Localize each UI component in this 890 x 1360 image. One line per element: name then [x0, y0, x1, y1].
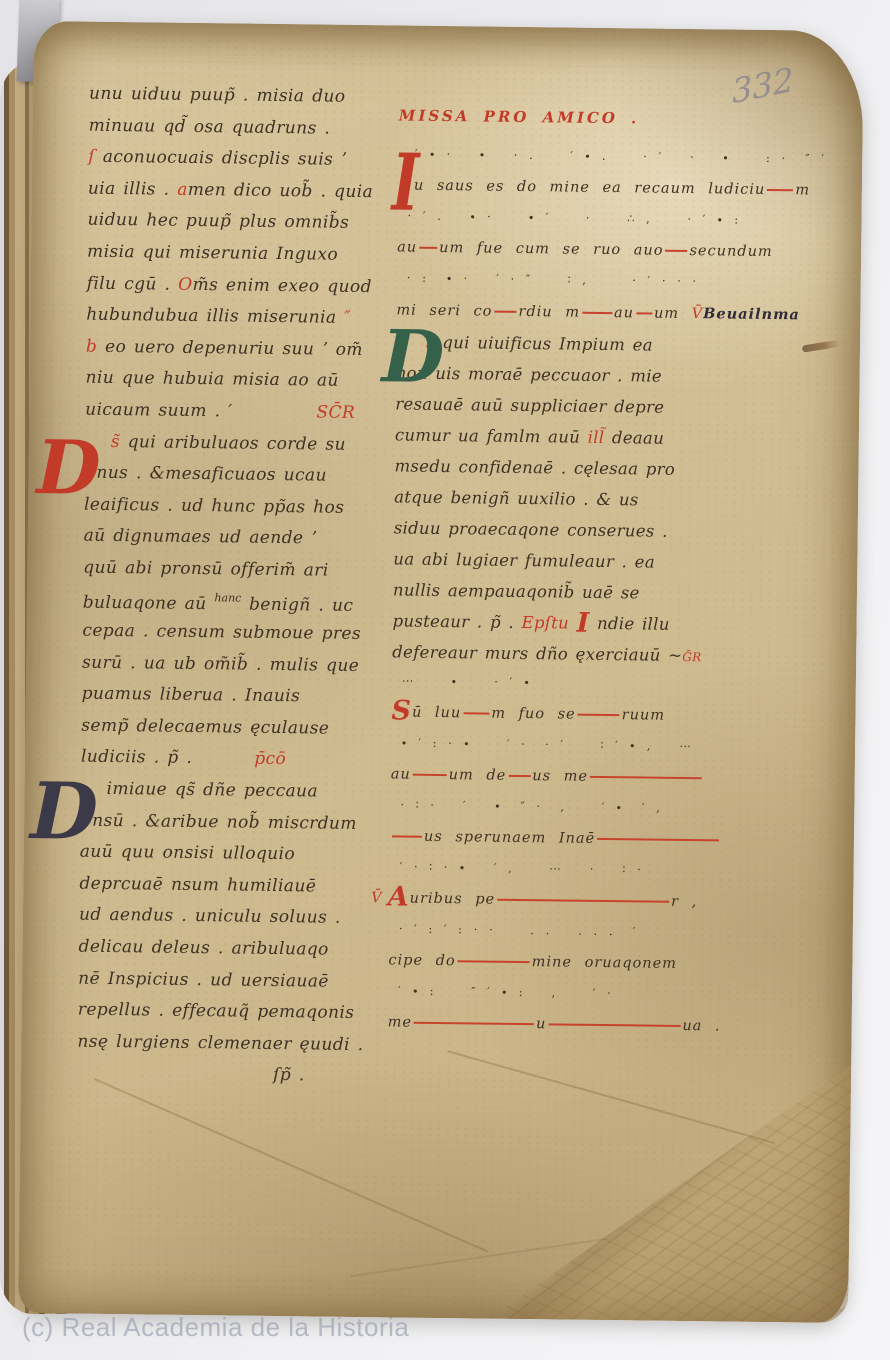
- text-segment: cepaa . censum submoue pres: [82, 621, 361, 644]
- text-segment: ludiciis . p̃ .: [81, 747, 193, 768]
- text-segment: rdiu m: [518, 304, 580, 321]
- text-segment: uicaum suum . ′: [85, 400, 233, 422]
- text-segment: m̃s enim exeo quod: [192, 274, 372, 296]
- dropcap-initial-postcommunio: D: [30, 773, 99, 852]
- chant-extender-rule: [548, 1023, 680, 1027]
- text-segment: ua .: [682, 1018, 720, 1034]
- neume-glyphs: ⋯ ∙ · ′ ∙: [402, 674, 533, 690]
- rubric-text: MISSA PRO AMICO .: [399, 106, 640, 127]
- text-segment: hanc: [214, 591, 241, 604]
- dropcap-initial-secreta: D: [36, 431, 101, 506]
- text-segment: S: [391, 695, 412, 726]
- text-segment: um fue cum se ruo auo: [439, 240, 664, 259]
- text-segment: O: [178, 274, 193, 294]
- text-segment: au: [391, 766, 411, 782]
- chant-extender-rule: [508, 775, 530, 777]
- chant-extender-rule: [458, 960, 530, 963]
- text-segment: filu cgū .: [87, 273, 179, 294]
- neume-glyphs: ′ · ∶ · ∙ ′ , ⋯ · ∶ ·: [400, 860, 644, 877]
- text-segment: quū abi pronsū offerim̃ ari: [83, 558, 329, 581]
- text-segment: mine oruaqonem: [532, 954, 677, 972]
- neume-glyphs: ∙ ′ : · ∙ ′ · · ′ ∶ ′ ∙ , ⋯: [401, 736, 694, 754]
- text-segment: men dico uob̃ . quia: [188, 180, 374, 202]
- text-segment: a: [177, 180, 188, 200]
- text-segment: us sperunaem Inaē: [424, 829, 595, 847]
- text-segment: defereaur murs dño ęxerciauū ~: [392, 642, 682, 665]
- neume-glyphs: ′ ∙ : ″ ′ ∙ : , ′ ·: [398, 984, 614, 1001]
- text-segment: aū dignumaes ud aende ʼ: [84, 526, 318, 549]
- text-segment: benigñ . uc: [241, 594, 353, 615]
- text-segment: deprcuaē nsum humiliauē: [79, 873, 316, 896]
- chant-extender-rule: [582, 312, 612, 314]
- text-line: ſp̃ .: [77, 1063, 391, 1098]
- text-segment: aconuocuais discplis suis ʼ: [95, 147, 347, 170]
- right-text-column: MISSA PRO AMICO .·′ ∙ · ∙ · . ′ ∙ . · ′ …: [387, 103, 860, 1051]
- text-segment: Beuailnma: [703, 305, 800, 323]
- text-segment: r ,: [671, 894, 697, 910]
- text-segment: u: [536, 1016, 547, 1032]
- dropcap-initial-collect: D: [381, 320, 444, 393]
- chant-extender-rule: [767, 189, 793, 191]
- chant-extender-rule: [413, 774, 447, 776]
- text-segment: ud aendus . uniculu soluus .: [79, 905, 341, 928]
- text-line: semp̃ delecaemus ęculause: [81, 715, 395, 750]
- parchment-page: 332 unu uiduu puup̃ . misia duominuau qd…: [18, 21, 864, 1323]
- text-line: ſ aconuocuais discplis suis ʼ: [88, 147, 402, 182]
- text-line: auū quu onsisi ulloquio: [80, 842, 394, 877]
- text-segment: qui uiuificus Impium ea: [435, 333, 653, 355]
- text-line: nsū . &aribue nob̃ miscrdum: [80, 810, 394, 845]
- text-segment: nsū . &aribue nob̃ miscrdum: [92, 810, 357, 833]
- text-line: puamus liberua . Inauis: [81, 684, 395, 719]
- text-segment: eo uero depenuriu suu ʼ om̃: [97, 337, 363, 360]
- neume-glyphs: · ′ . ∙ · ∙ ′ · ∴ , · ′ ∙ :: [407, 209, 741, 227]
- text-segment: s̃: [111, 431, 120, 451]
- dropcap-initial-introit: I: [391, 143, 419, 222]
- text-segment: Epſtu: [521, 613, 569, 633]
- text-segment: uribus pe: [410, 891, 496, 908]
- text-line: surū . ua ub om̃ib̃ . mulis que: [82, 652, 396, 687]
- text-segment: delicau deleus . aribuluaqo: [78, 937, 328, 960]
- folio-number-pencil: 332: [731, 60, 795, 112]
- chant-extender-rule: [392, 835, 422, 837]
- manuscript-scan: 332 unu uiduu puup̃ . misia duominuau qd…: [0, 0, 890, 1360]
- text-segment: pusteaur . p̃ .: [393, 611, 522, 632]
- text-segment: ſp̃ .: [273, 1065, 305, 1085]
- text-segment: imiaue qs̃ dñe peccaua: [106, 779, 318, 802]
- text-segment: au: [614, 305, 634, 321]
- text-segment: siduu proaecaqone conserues .: [394, 518, 668, 540]
- parchment-damage-corner: [448, 1018, 852, 1323]
- text-line: s̃ qui aribuluaos corde su: [85, 431, 399, 466]
- text-line: b eo uero depenuriu suu ʼ om̃: [86, 336, 400, 371]
- text-segment: unu uiduu puup̃ . misia duo: [89, 84, 346, 107]
- text-line: quū abi pronsū offerim̃ ari: [83, 558, 397, 593]
- text-segment: uiduu hec puup̃ plus omnib̃s: [87, 210, 349, 233]
- text-segment: niu que hubuia misia ao aū: [85, 368, 338, 391]
- text-segment: ″: [344, 308, 351, 328]
- text-segment: deaau: [604, 428, 664, 448]
- rubric-line: MISSA PRO AMICO .: [399, 103, 861, 142]
- text-segment: surū . ua ub om̃ib̃ . mulis que: [82, 652, 359, 675]
- text-line: repellus . effecauq̃ pemaqonis: [78, 1000, 392, 1035]
- text-line: uia illis . amen dico uob̃ . quia: [88, 178, 402, 213]
- chant-extender-rule: [590, 776, 702, 779]
- text-line: deprcuaē nsum humiliauē: [79, 873, 393, 908]
- text-segment: qui aribuluaos corde su: [120, 432, 346, 455]
- text-segment: nullis aempauaqonib̃ uaē se: [393, 580, 640, 602]
- chant-extender-rule: [414, 1022, 534, 1025]
- chant-extender-rule: [419, 247, 437, 249]
- text-line: meuua .: [387, 1014, 849, 1051]
- text-line: uiduu hec puup̃ plus omnib̃s: [87, 210, 401, 245]
- text-line: delicau deleus . aribuluaqo: [78, 937, 392, 972]
- neume-glyphs: · ∶ · ′ ∙ ″ · , ′ ∙ ′ ,: [400, 798, 663, 815]
- text-segment: ill̃: [588, 428, 605, 447]
- text-segment: me: [388, 1014, 413, 1030]
- text-segment: ua abi lugiaer fumuleaur . ea: [393, 549, 655, 571]
- text-line: nsę lurgiens clemenaer ęuudi .: [77, 1031, 391, 1066]
- text-segment: uia illis .: [88, 178, 178, 199]
- text-segment: um: [654, 306, 692, 322]
- text-segment: us me: [532, 768, 588, 785]
- text-segment: puamus liberua . Inauis: [82, 684, 301, 707]
- text-line: ludiciis . p̃ .p̄cō: [81, 747, 395, 782]
- chant-extender-rule: [463, 712, 489, 714]
- left-text-column: unu uiduu puup̃ . misia duominuau qd̃ os…: [77, 84, 403, 1099]
- text-segment: p̄cō: [254, 749, 286, 769]
- chant-extender-rule: [578, 714, 620, 717]
- neume-line: ·′ ∙ · ∙ · . ′ ∙ . · ′ · ∙ : · ″ ′: [398, 136, 860, 183]
- text-line: buluaqone aū hanc benigñ . uc: [83, 589, 397, 624]
- text-segment: m fuo se: [491, 706, 576, 723]
- text-segment: repellus . effecauq̃ pemaqonis: [78, 1000, 355, 1023]
- text-line: uicaum suum . ′SC̄R: [85, 400, 399, 435]
- text-line: ud aendus . uniculu soluus .: [79, 905, 393, 940]
- text-segment: semp̃ delecaemus ęculause: [81, 715, 329, 738]
- parchment-crease: [447, 1050, 775, 1144]
- text-segment: um de: [449, 767, 507, 784]
- copyright-watermark: (c) Real Academia de la Historia: [22, 1312, 409, 1343]
- text-segment: A: [388, 881, 410, 912]
- text-segment: hubundubua illis miserunia: [86, 305, 344, 328]
- text-segment: ū luu: [412, 705, 461, 722]
- text-segment: b: [86, 336, 98, 356]
- text-segment: cipe do: [388, 952, 455, 969]
- text-line: misia qui miserunia Inguxo: [87, 242, 401, 277]
- text-line: niu que hubuia misia ao aū: [85, 368, 399, 403]
- parchment-crease: [94, 1078, 489, 1253]
- text-segment: nus . &mesaficuaos ucau: [96, 463, 327, 486]
- text-segment: au: [397, 239, 417, 255]
- chant-extender-rule: [497, 899, 669, 903]
- text-segment: buluaqone aū: [83, 592, 215, 614]
- text-line: filu cgū . Om̃s enim exeo quod: [86, 273, 400, 308]
- text-segment: auū quu onsisi ulloquio: [80, 842, 296, 865]
- text-segment: u saus es do mine ea recaum ludiciu: [414, 178, 766, 198]
- text-segment: cumur ua famlm auū: [395, 425, 588, 446]
- text-line: leaificus . ud hunc pp̃as hos: [84, 494, 398, 529]
- neume-glyphs: · : ∙ · ′ · ″ ∶ , · ′ · · ·: [407, 271, 700, 289]
- text-line: hubundubua illis miserunia ″: [86, 305, 400, 340]
- chant-extender-rule: [597, 838, 719, 841]
- text-line: aū dignumaes ud aende ʼ: [83, 526, 397, 561]
- text-line: unu uiduu puup̃ . misia duo: [89, 84, 403, 119]
- text-segment: m: [795, 182, 810, 198]
- text-segment: V̄: [371, 890, 383, 906]
- neume-glyphs: · ′ : ′ : · · . . . . . ′: [399, 922, 639, 939]
- text-segment: msedu confidenaē . cęlesaa pro: [394, 456, 675, 478]
- text-segment: misia qui miserunia Inguxo: [87, 242, 338, 265]
- text-line: cepaa . censum submoue pres: [82, 621, 396, 656]
- text-segment: minuau qd̃ osa quadruns .: [89, 115, 331, 138]
- text-segment: V̄: [692, 306, 704, 322]
- text-line: imiaue qs̃ dñe peccaua: [80, 779, 394, 814]
- chant-extender-rule: [636, 312, 652, 314]
- text-segment: SC̄R: [316, 402, 355, 422]
- text-segment: G̃R: [682, 650, 701, 664]
- text-segment: nsę lurgiens clemenaer ęuudi .: [77, 1031, 363, 1054]
- text-segment: nē Inspicius . ud uersiauaē: [78, 968, 329, 991]
- text-line: nus . &mesaficuaos ucau: [84, 463, 398, 498]
- text-line: minuau qd̃ osa quadruns .: [88, 115, 402, 150]
- chant-extender-rule: [666, 250, 688, 252]
- text-segment: I: [576, 608, 589, 639]
- text-segment: ruum: [622, 707, 666, 724]
- chant-extender-rule: [494, 311, 516, 313]
- neume-glyphs: ·′ ∙ · ∙ · . ′ ∙ . · ′ · ∙ : · ″ ′: [408, 147, 827, 166]
- text-segment: atque benigñ uuxilio . & us: [394, 487, 639, 509]
- text-segment: leaificus . ud hunc pp̃as hos: [84, 494, 345, 517]
- text-line: nē Inspicius . ud uersiauaē: [78, 968, 392, 1003]
- text-segment: secundum: [689, 243, 772, 260]
- text-segment: ndie illu: [589, 614, 669, 634]
